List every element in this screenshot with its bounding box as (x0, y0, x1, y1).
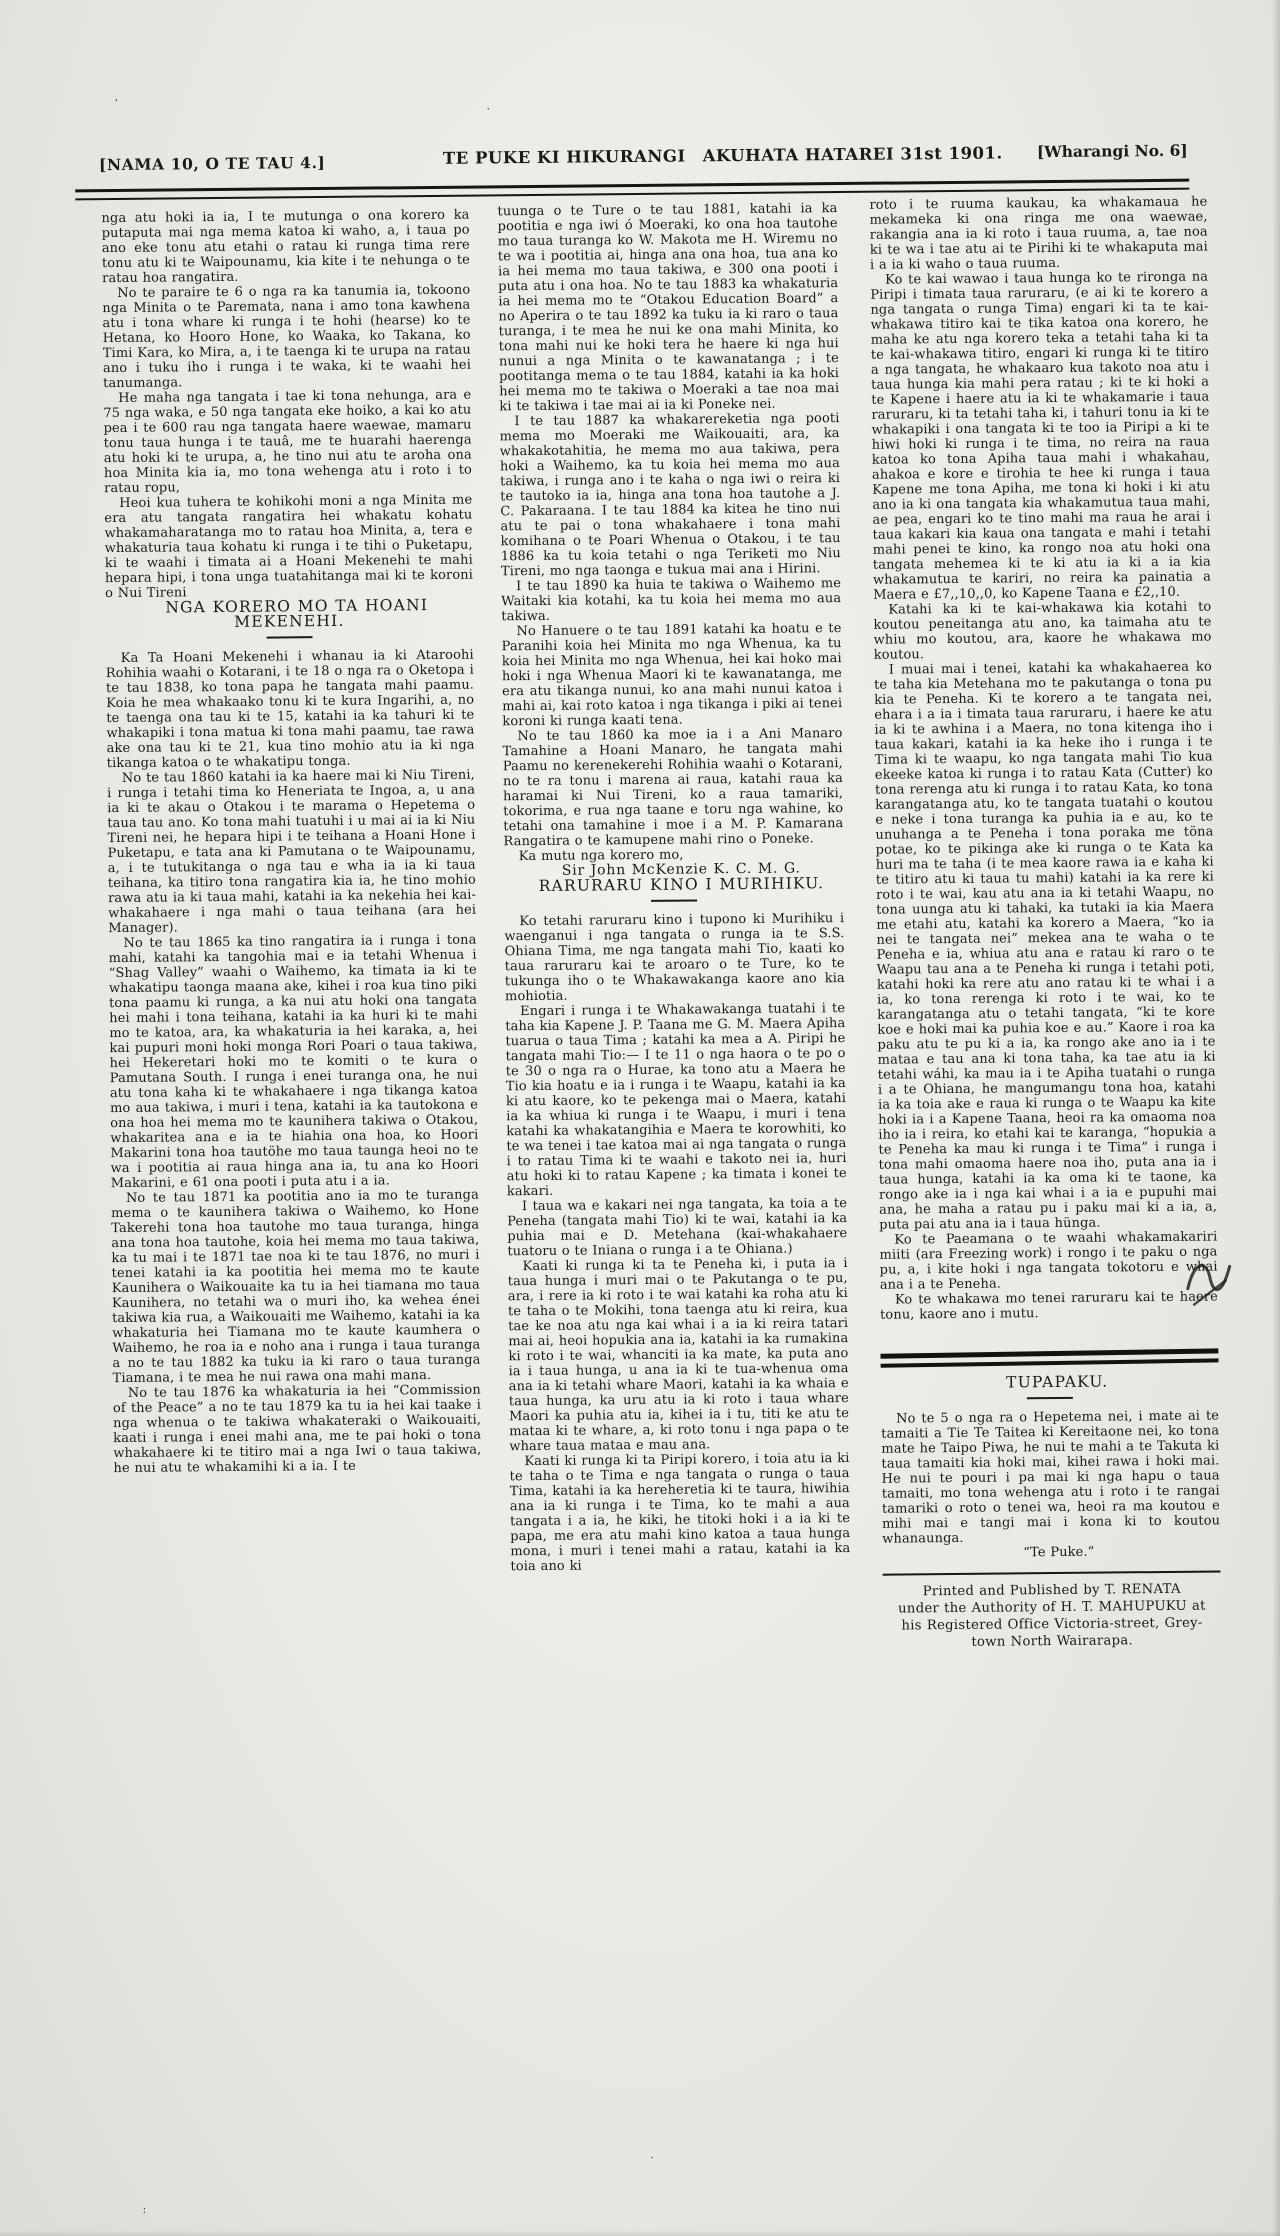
article-heading-murihiku: RARURARU KINO I MURIHIKU. (504, 876, 844, 894)
ink-speck: . (650, 2150, 654, 2160)
heading-dash-rule (267, 636, 313, 638)
paragraph: Kaati ki runga ki ta Piripi korero, i to… (509, 1451, 850, 1574)
paragraph: Kaati ki runga ki ta te Peneha ki, i put… (508, 1256, 850, 1454)
ink-speck: ’ (114, 99, 118, 109)
paragraph: No te paraire te 6 o nga ra ka tanumia i… (102, 283, 471, 392)
section-heavy-double-rule (880, 1348, 1218, 1367)
paragraph: Heoi kua tuhera te kohikohi moni a nga M… (104, 493, 473, 602)
paragraph: He maha nga tangata i tae ki tona nehung… (103, 388, 472, 497)
paragraph: I taua wa e kakari nei nga tangata, ka t… (507, 1196, 848, 1259)
masthead-issue-number: [NAMA 10, O TE TAU 4.] (99, 153, 326, 174)
paragraph: tuunga o te Ture o te tau 1881, katahi i… (497, 201, 839, 414)
heading-dash-rule (651, 899, 697, 901)
newspaper-page: [NAMA 10, O TE TAU 4.] TE PUKE KI HIKURA… (0, 0, 1280, 2236)
paragraph: No te tau 1860 ka moe ia i a Ani Manaro … (502, 726, 843, 849)
imprint-line: his Registered Office Victoria-street, G… (883, 1614, 1221, 1634)
paragraph: nga atu hoki ia ia, I te mutunga o ona k… (101, 208, 470, 287)
paragraph: No Hanuere o te tau 1891 katahi ka hoatu… (501, 621, 842, 729)
pen-mark (1179, 1250, 1238, 1313)
paragraph: I te tau 1890 ka huia te takiwa o Waihem… (501, 576, 841, 624)
paragraph: Ka Ta Hoani Mekenehi i whanau ia ki Atar… (106, 648, 475, 772)
page-content: [NAMA 10, O TE TAU 4.] TE PUKE KI HIKURA… (0, 0, 1280, 2236)
paragraph: Ko tetahi raruraru kino i tupono ki Muri… (504, 911, 845, 1004)
masthead-page-number: [Wharangi No. 6] (1037, 141, 1188, 161)
paragraph: No te 5 o nga ra o Hepetema nei, i mate … (881, 1408, 1220, 1546)
ink-speck: . (486, 101, 490, 111)
column-2: tuunga o te Ture o te tau 1881, katahi i… (497, 201, 855, 2084)
publisher-imprint: Printed and Published by T. RENATA under… (883, 1570, 1222, 1651)
paragraph: Engari i runga i te Whakawakanga tuatahi… (505, 1001, 847, 1199)
paragraph: No te tau 1860 katahi ia ka haere mai ki… (107, 768, 477, 937)
paragraph: roto i te ruuma kaukau, ka whakamaua he … (869, 195, 1208, 273)
paragraph: No te tau 1865 ka tino rangatira ia i ru… (108, 933, 478, 1192)
ink-speck: : (143, 2205, 147, 2215)
paragraph: Ko te whakawa mo tenei raruraru kai te h… (880, 1289, 1218, 1322)
paragraph: No te tau 1871 ka pootitia ano ia mo te … (111, 1188, 481, 1387)
paragraph: Ko te kai wawao i taua hunga ko te riron… (870, 270, 1211, 603)
paragraph: I te tau 1887 ka whakarereketia nga poot… (499, 411, 841, 579)
imprint-line: town North Wairarapa. (883, 1631, 1221, 1651)
heading-dash-rule (1027, 1397, 1073, 1399)
article-heading-mckenzie: NGA KORERO MO TA HOANI MEKENEHI. (105, 598, 473, 632)
scan-edge-shadow (1272, 0, 1280, 2236)
scan-edge-shadow (0, 2230, 1280, 2236)
paragraph: Katahi ka ki te kai-whakawa kia kotahi t… (873, 599, 1212, 662)
column-3: roto i te ruuma kaukau, ka whakamaua he … (869, 195, 1226, 2173)
column-1: nga atu hoki ia ia, I te mutunga o ona k… (101, 208, 487, 2061)
paragraph: No te tau 1876 ka whakaturia ia hei “Com… (113, 1383, 482, 1477)
paragraph: Ko te Paeamana o te waahi whakamakariri … (879, 1229, 1218, 1292)
masthead-title: TE PUKE KI HIKURANGI AKUHATA HATAREI 31s… (443, 144, 988, 168)
paragraph: I muai mai i tenei, katahi ka whakahaere… (874, 659, 1217, 1232)
article-heading-tupapaku: TUPAPAKU. (881, 1373, 1219, 1391)
